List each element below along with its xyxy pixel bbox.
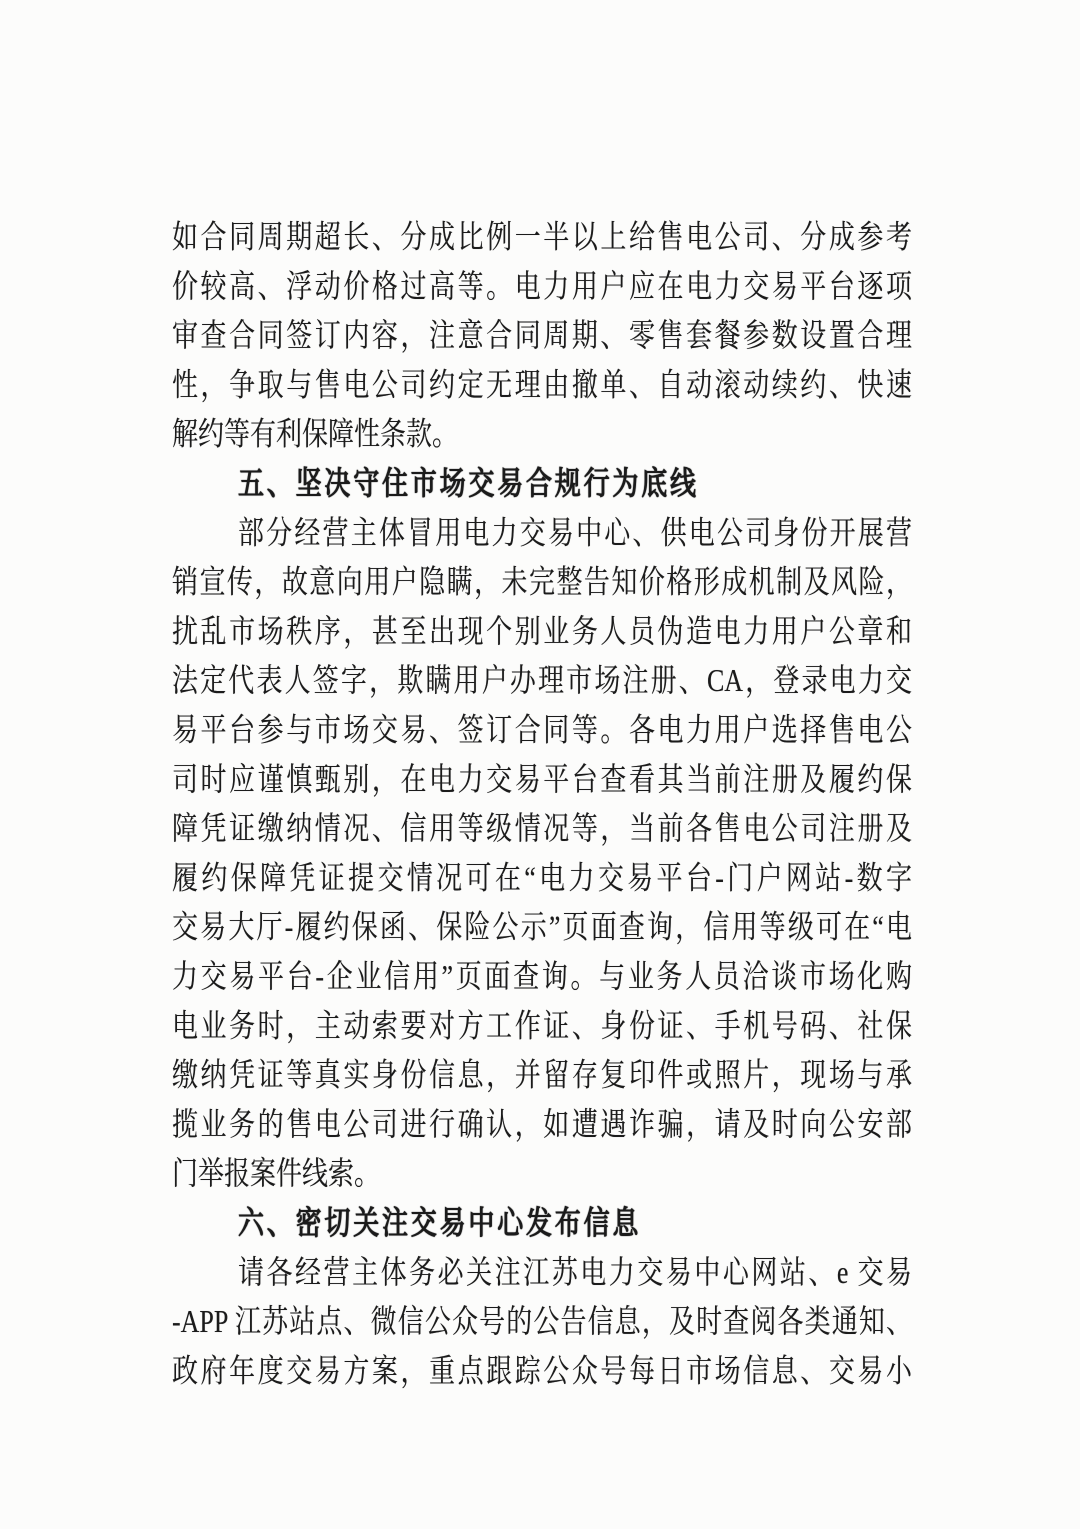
section-heading: 五、坚决守住市场交易合规行为底线 <box>172 460 912 509</box>
document-page: 如合同周期超长、分成比例一半以上给售电公司、分成参考价较高、浮动价格过高等。电力… <box>0 0 1080 1529</box>
body-line: 法定代表人签字，欺瞒用户办理市场注册、CA，登录电力交 <box>172 657 912 706</box>
body-line: 如合同周期超长、分成比例一半以上给售电公司、分成参考 <box>172 213 912 262</box>
body-line: 扰乱市场秩序，甚至出现个别业务人员伪造电力用户公章和 <box>172 607 912 656</box>
body-line: 障凭证缴纳情况、信用等级情况等，当前各售电公司注册及 <box>172 805 912 854</box>
body-line: 价较高、浮动价格过高等。电力用户应在电力交易平台逐项 <box>172 262 912 311</box>
body-line: 部分经营主体冒用电力交易中心、供电公司身份开展营 <box>172 509 912 558</box>
body-line: 履约保障凭证提交情况可在“电力交易平台-门户网站-数字 <box>172 854 912 903</box>
body-line: 力交易平台-企业信用”页面查询。与业务人员洽谈市场化购 <box>172 953 912 1002</box>
body-line: 性，争取与售电公司约定无理由撤单、自动滚动续约、快速 <box>172 361 912 410</box>
body-line: 请各经营主体务必关注江苏电力交易中心网站、e 交易 <box>172 1248 912 1297</box>
body-line: 审查合同签订内容，注意合同周期、零售套餐参数设置合理 <box>172 312 912 361</box>
body-line: 电业务时，主动索要对方工作证、身份证、手机号码、社保 <box>172 1002 912 1051</box>
body-line: 政府年度交易方案，重点跟踪公众号每日市场信息、交易小 <box>172 1347 912 1396</box>
body-line: 缴纳凭证等真实身份信息，并留存复印件或照片，现场与承 <box>172 1051 912 1100</box>
body-line: 解约等有利保障性条款。 <box>172 410 912 459</box>
body-line: 易平台参与市场交易、签订合同等。各电力用户选择售电公 <box>172 706 912 755</box>
body-line: 门举报案件线索。 <box>172 1150 912 1199</box>
body-line: 交易大厅-履约保函、保险公示”页面查询，信用等级可在“电 <box>172 903 912 952</box>
body-line: 揽业务的售电公司进行确认，如遭遇诈骗，请及时向公安部 <box>172 1100 912 1149</box>
text-block: 如合同周期超长、分成比例一半以上给售电公司、分成参考价较高、浮动价格过高等。电力… <box>172 213 912 1396</box>
body-line: 司时应谨慎甄别，在电力交易平台查看其当前注册及履约保 <box>172 755 912 804</box>
body-line: 销宣传，故意向用户隐瞒，未完整告知价格形成机制及风险， <box>172 558 912 607</box>
body-line: -APP 江苏站点、微信公众号的公告信息，及时查阅各类通知、 <box>172 1298 912 1347</box>
section-heading: 六、密切关注交易中心发布信息 <box>172 1199 912 1248</box>
